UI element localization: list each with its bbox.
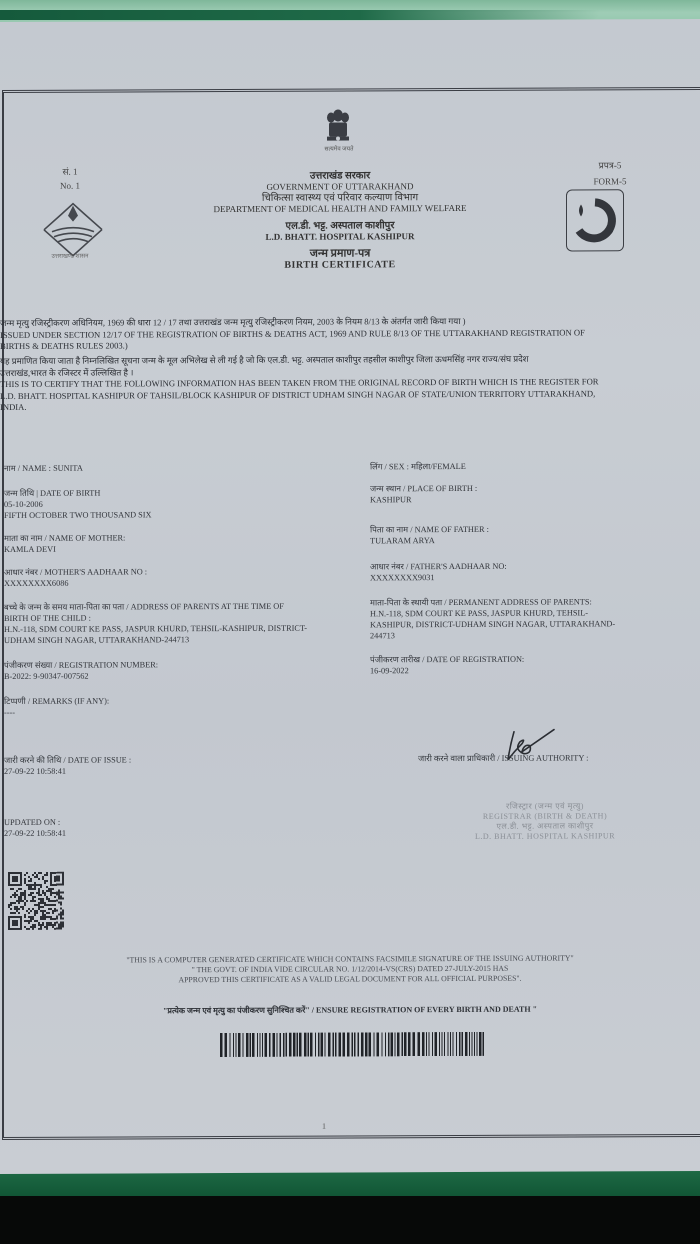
field-dob: जन्म तिथि | DATE OF BIRTH 05-10-2006 FIF…	[4, 486, 364, 521]
field-sex: लिंग / SEX : महिला/FEMALE	[370, 460, 700, 472]
place-of-birth-value: KASHIPUR	[370, 493, 700, 505]
dept-en: DEPARTMENT OF MEDICAL HEALTH AND FAMILY …	[200, 203, 480, 215]
dob-words: FIFTH OCTOBER TWO THOUSAND SIX	[4, 508, 364, 521]
field-father-name: पिता का नाम / NAME OF FATHER : TULARAM A…	[370, 523, 700, 546]
field-registration-date: पंजीकरण तारीख / DATE OF REGISTRATION: 16…	[370, 653, 700, 676]
sex-value: महिला/FEMALE	[411, 462, 466, 471]
issuing-authority-label: जारी करने वाला प्राधिकारी / ISSUING AUTH…	[418, 753, 588, 763]
registration-number-value: B-2022: 9-90347-007562	[4, 669, 364, 682]
emblem-caption: सत्यमेव जयते	[318, 144, 360, 152]
issuer-stamp: रजिस्ट्रार (जन्म एवं मृत्यु) REGISTRAR (…	[440, 801, 650, 842]
father-aadhaar-value: XXXXXXXX9031	[370, 571, 700, 583]
registration-date-value: 16-09-2022	[370, 664, 700, 676]
form-hi: प्रपत्र-5	[580, 157, 640, 173]
field-mother-name: माता का नाम / NAME OF MOTHER: KAMLA DEVI	[4, 531, 364, 555]
field-issuing-authority: जारी करने वाला प्राधिकारी / ISSUING AUTH…	[418, 752, 698, 764]
name-label: नाम / NAME :	[4, 464, 53, 473]
uttarakhand-logo-icon	[40, 200, 106, 258]
updated-on-value: 27-09-22 10:58:41	[4, 826, 364, 839]
mother-name-value: KAMLA DEVI	[4, 542, 364, 555]
serial-en: No. 1	[40, 179, 100, 193]
field-updated-on: UPDATED ON : 27-09-22 10:58:41	[4, 815, 364, 839]
field-name: नाम / NAME : SUNITA	[4, 461, 364, 474]
certify-statement: यह प्रमाणित किया जाता है निम्नलिखित सूचन…	[0, 353, 700, 414]
serial-hi: सं. 1	[40, 165, 100, 179]
crs-logo	[566, 189, 624, 251]
field-father-aadhaar: आधार नंबर / FATHER'S AADHAAR NO: XXXXXXX…	[370, 560, 700, 583]
footer-note: "THIS IS A COMPUTER GENERATED CERTIFICAT…	[40, 953, 660, 986]
field-place-of-birth: जन्म स्थान / PLACE OF BIRTH : KASHIPUR	[370, 482, 700, 505]
field-date-of-issue: जारी करने की तिथि / DATE OF ISSUE : 27-0…	[4, 753, 364, 777]
father-name-value: TULARAM ARYA	[370, 534, 700, 546]
dark-background	[0, 1196, 700, 1244]
serial-number: सं. 1 No. 1	[40, 165, 100, 193]
field-registration-number: पंजीकरण संख्या / REGISTRATION NUMBER: B-…	[4, 658, 364, 682]
form-en: FORM-5	[580, 173, 640, 189]
form-number: प्रपत्र-5 FORM-5	[580, 157, 640, 189]
date-of-issue-value: 27-09-22 10:58:41	[4, 764, 364, 777]
qr-code-icon	[8, 872, 64, 930]
shadow-stripe	[0, 10, 600, 20]
permanent-address-value-3: 244713	[370, 629, 700, 641]
name-value: SUNITA	[53, 464, 83, 473]
crs-logo-icon	[567, 190, 623, 250]
address-at-birth-value-2: UDHAM SINGH NAGAR, UTTARAKHAND-244713	[4, 633, 364, 646]
barcode-icon	[220, 1032, 488, 1057]
sex-label: लिंग / SEX :	[370, 462, 411, 471]
field-address-at-birth: बच्चे के जन्म के समय माता-पिता का पता / …	[4, 600, 364, 646]
field-permanent-address: माता-पिता के स्थायी पता / PERMANENT ADDR…	[370, 596, 700, 641]
field-remarks: टिप्पणी / REMARKS (IF ANY): ----	[4, 694, 364, 718]
field-mother-aadhaar: आधार नंबर / MOTHER'S AADHAAR NO : XXXXXX…	[4, 565, 364, 589]
mother-aadhaar-value: XXXXXXXX6086	[4, 576, 364, 589]
stamp-line-4: L.D. BHATT. HOSPITAL KASHIPUR	[440, 831, 650, 842]
page-mark: 1	[322, 1122, 326, 1131]
state-logo-caption: उत्तराखण्ड शासन	[30, 252, 110, 260]
remarks-value: ----	[4, 705, 364, 718]
certificate-header: उत्तराखंड सरकार GOVERNMENT OF UTTARAKHAN…	[200, 170, 480, 271]
legal-intro: जन्म मृत्यु रजिस्ट्रीकरण अधिनियम, 1969 क…	[0, 315, 700, 353]
certificate-paper: सत्यमेव जयते सं. 1 No. 1 उत्तराखण्ड शासन…	[0, 19, 700, 1174]
page-title: BIRTH CERTIFICATE	[200, 259, 480, 271]
